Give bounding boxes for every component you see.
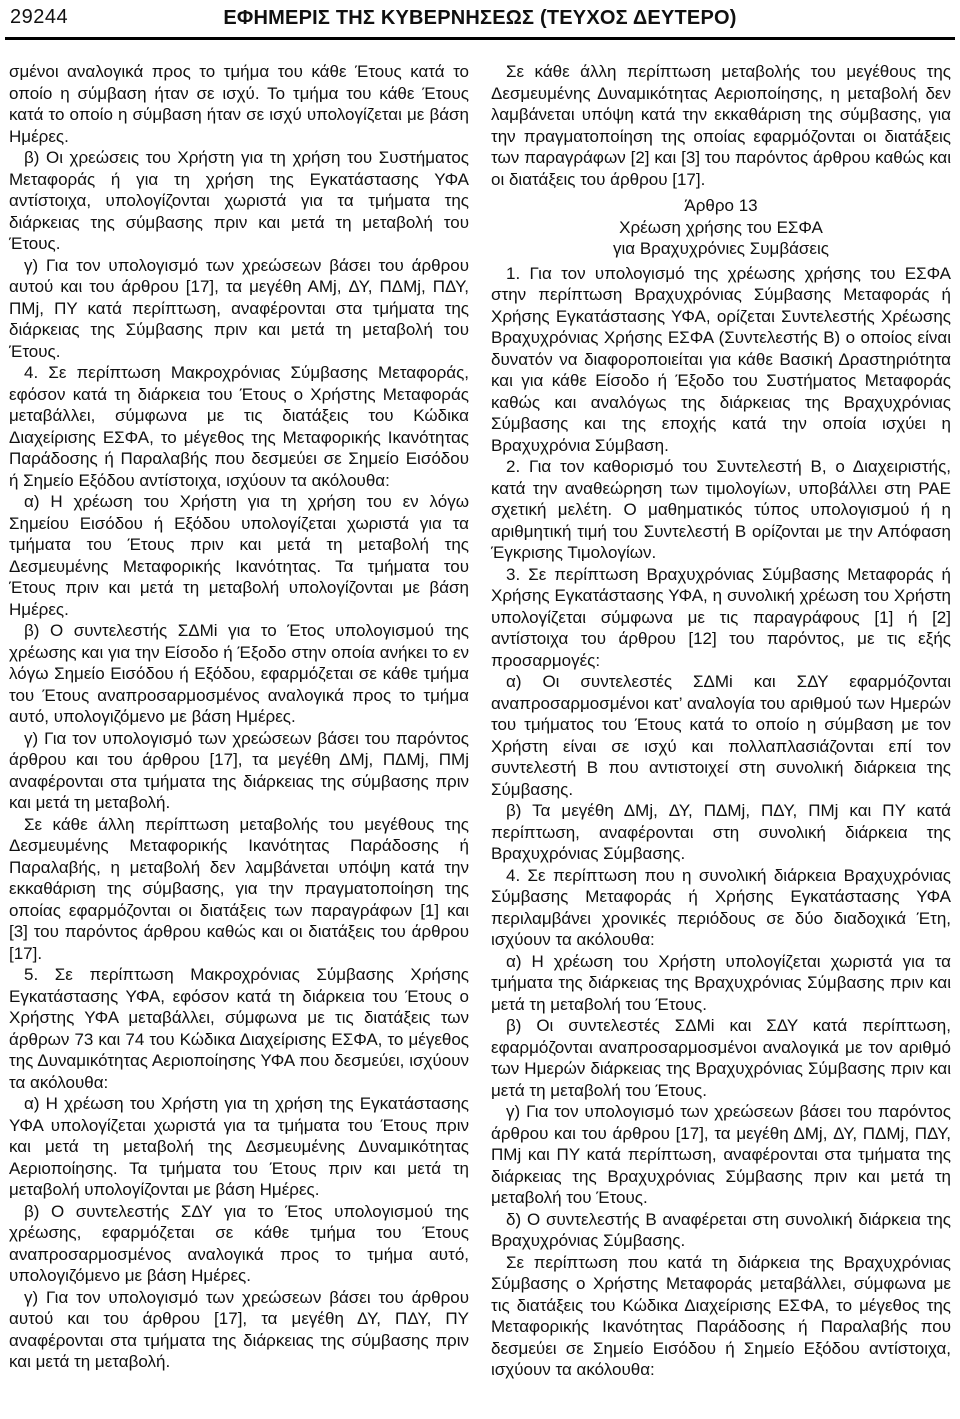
article-number: Άρθρο 13 (491, 195, 951, 217)
paragraph: 3. Σε περίπτωση Βραχυχρόνιας Σύμβασης Με… (491, 564, 951, 672)
left-column: σμένοι αναλογικά προς το τμήμα του κάθε … (9, 61, 469, 1381)
paragraph: γ) Για τον υπολογισμό των χρεώσεων βάσει… (9, 255, 469, 363)
paragraph: Σε περίπτωση που κατά τη διάρκεια της Βρ… (491, 1252, 951, 1381)
paragraph: α) Η χρέωση του Χρήστη για τη χρήση του … (9, 491, 469, 620)
header-title: ΕΦΗΜΕΡΙΣ ΤΗΣ ΚΥΒΕΡΝΗΣΕΩΣ (ΤΕΥΧΟΣ ΔΕΥΤΕΡΟ… (0, 7, 960, 30)
paragraph: γ) Για τον υπολογισμό των χρεώσεων βάσει… (9, 728, 469, 814)
paragraph: β) Οι χρεώσεις του Χρήστη για τη χρήση τ… (9, 147, 469, 255)
paragraph: β) Τα μεγέθη ΔΜj, ΔΥ, ΠΔΜj, ΠΔΥ, ΠΜj και… (491, 800, 951, 865)
paragraph: Σε κάθε άλλη περίπτωση μεταβολής του μεγ… (9, 814, 469, 965)
article-13-heading: Άρθρο 13 Χρέωση χρήσης του ΕΣΦΑ για Βραχ… (491, 195, 951, 260)
paragraph: 5. Σε περίπτωση Μακροχρόνιας Σύμβασης Χρ… (9, 964, 469, 1093)
paragraph: α) Η χρέωση του Χρήστη υπολογίζεται χωρι… (491, 951, 951, 1016)
paragraph: 4. Σε περίπτωση που η συνολική διάρκεια … (491, 865, 951, 951)
paragraph: α) Η χρέωση του Χρήστη για τη χρήση της … (9, 1093, 469, 1201)
paragraph: β) Ο συντελεστής ΣΔΥ για το Έτος υπολογι… (9, 1201, 469, 1287)
paragraph: 4. Σε περίπτωση Μακροχρόνιας Σύμβασης Με… (9, 362, 469, 491)
paragraph: δ) Ο συντελεστής Β αναφέρεται στη συνολι… (491, 1209, 951, 1252)
article-title-line: Χρέωση χρήσης του ΕΣΦΑ (491, 217, 951, 239)
two-column-body: σμένοι αναλογικά προς το τμήμα του κάθε … (0, 40, 960, 1381)
paragraph: σμένοι αναλογικά προς το τμήμα του κάθε … (9, 61, 469, 147)
paragraph: β) Ο συντελεστής ΣΔΜi για το Έτος υπολογ… (9, 620, 469, 728)
paragraph: γ) Για τον υπολογισμό των χρεώσεων βάσει… (491, 1101, 951, 1209)
right-column: Σε κάθε άλλη περίπτωση μεταβολής του μεγ… (491, 61, 951, 1381)
paragraph: β) Οι συντελεστές ΣΔΜi και ΣΔΥ κατά περί… (491, 1015, 951, 1101)
article-title-line: για Βραχυχρόνιες Συμβάσεις (491, 238, 951, 260)
page-number: 29244 (10, 6, 68, 29)
paragraph: γ) Για τον υπολογισμό των χρεώσεων βάσει… (9, 1287, 469, 1373)
page-header: 29244 ΕΦΗΜΕΡΙΣ ΤΗΣ ΚΥΒΕΡΝΗΣΕΩΣ (ΤΕΥΧΟΣ Δ… (0, 0, 960, 34)
paragraph: 2. Για τον καθορισμό του Συντελεστή Β, ο… (491, 456, 951, 564)
gazette-page: 29244 ΕΦΗΜΕΡΙΣ ΤΗΣ ΚΥΒΕΡΝΗΣΕΩΣ (ΤΕΥΧΟΣ Δ… (0, 0, 960, 1419)
paragraph: α) Οι συντελεστές ΣΔΜi και ΣΔΥ εφαρμόζον… (491, 671, 951, 800)
paragraph: Σε κάθε άλλη περίπτωση μεταβολής του μεγ… (491, 61, 951, 190)
paragraph: 1. Για τον υπολογισμό της χρέωσης χρήσης… (491, 263, 951, 457)
